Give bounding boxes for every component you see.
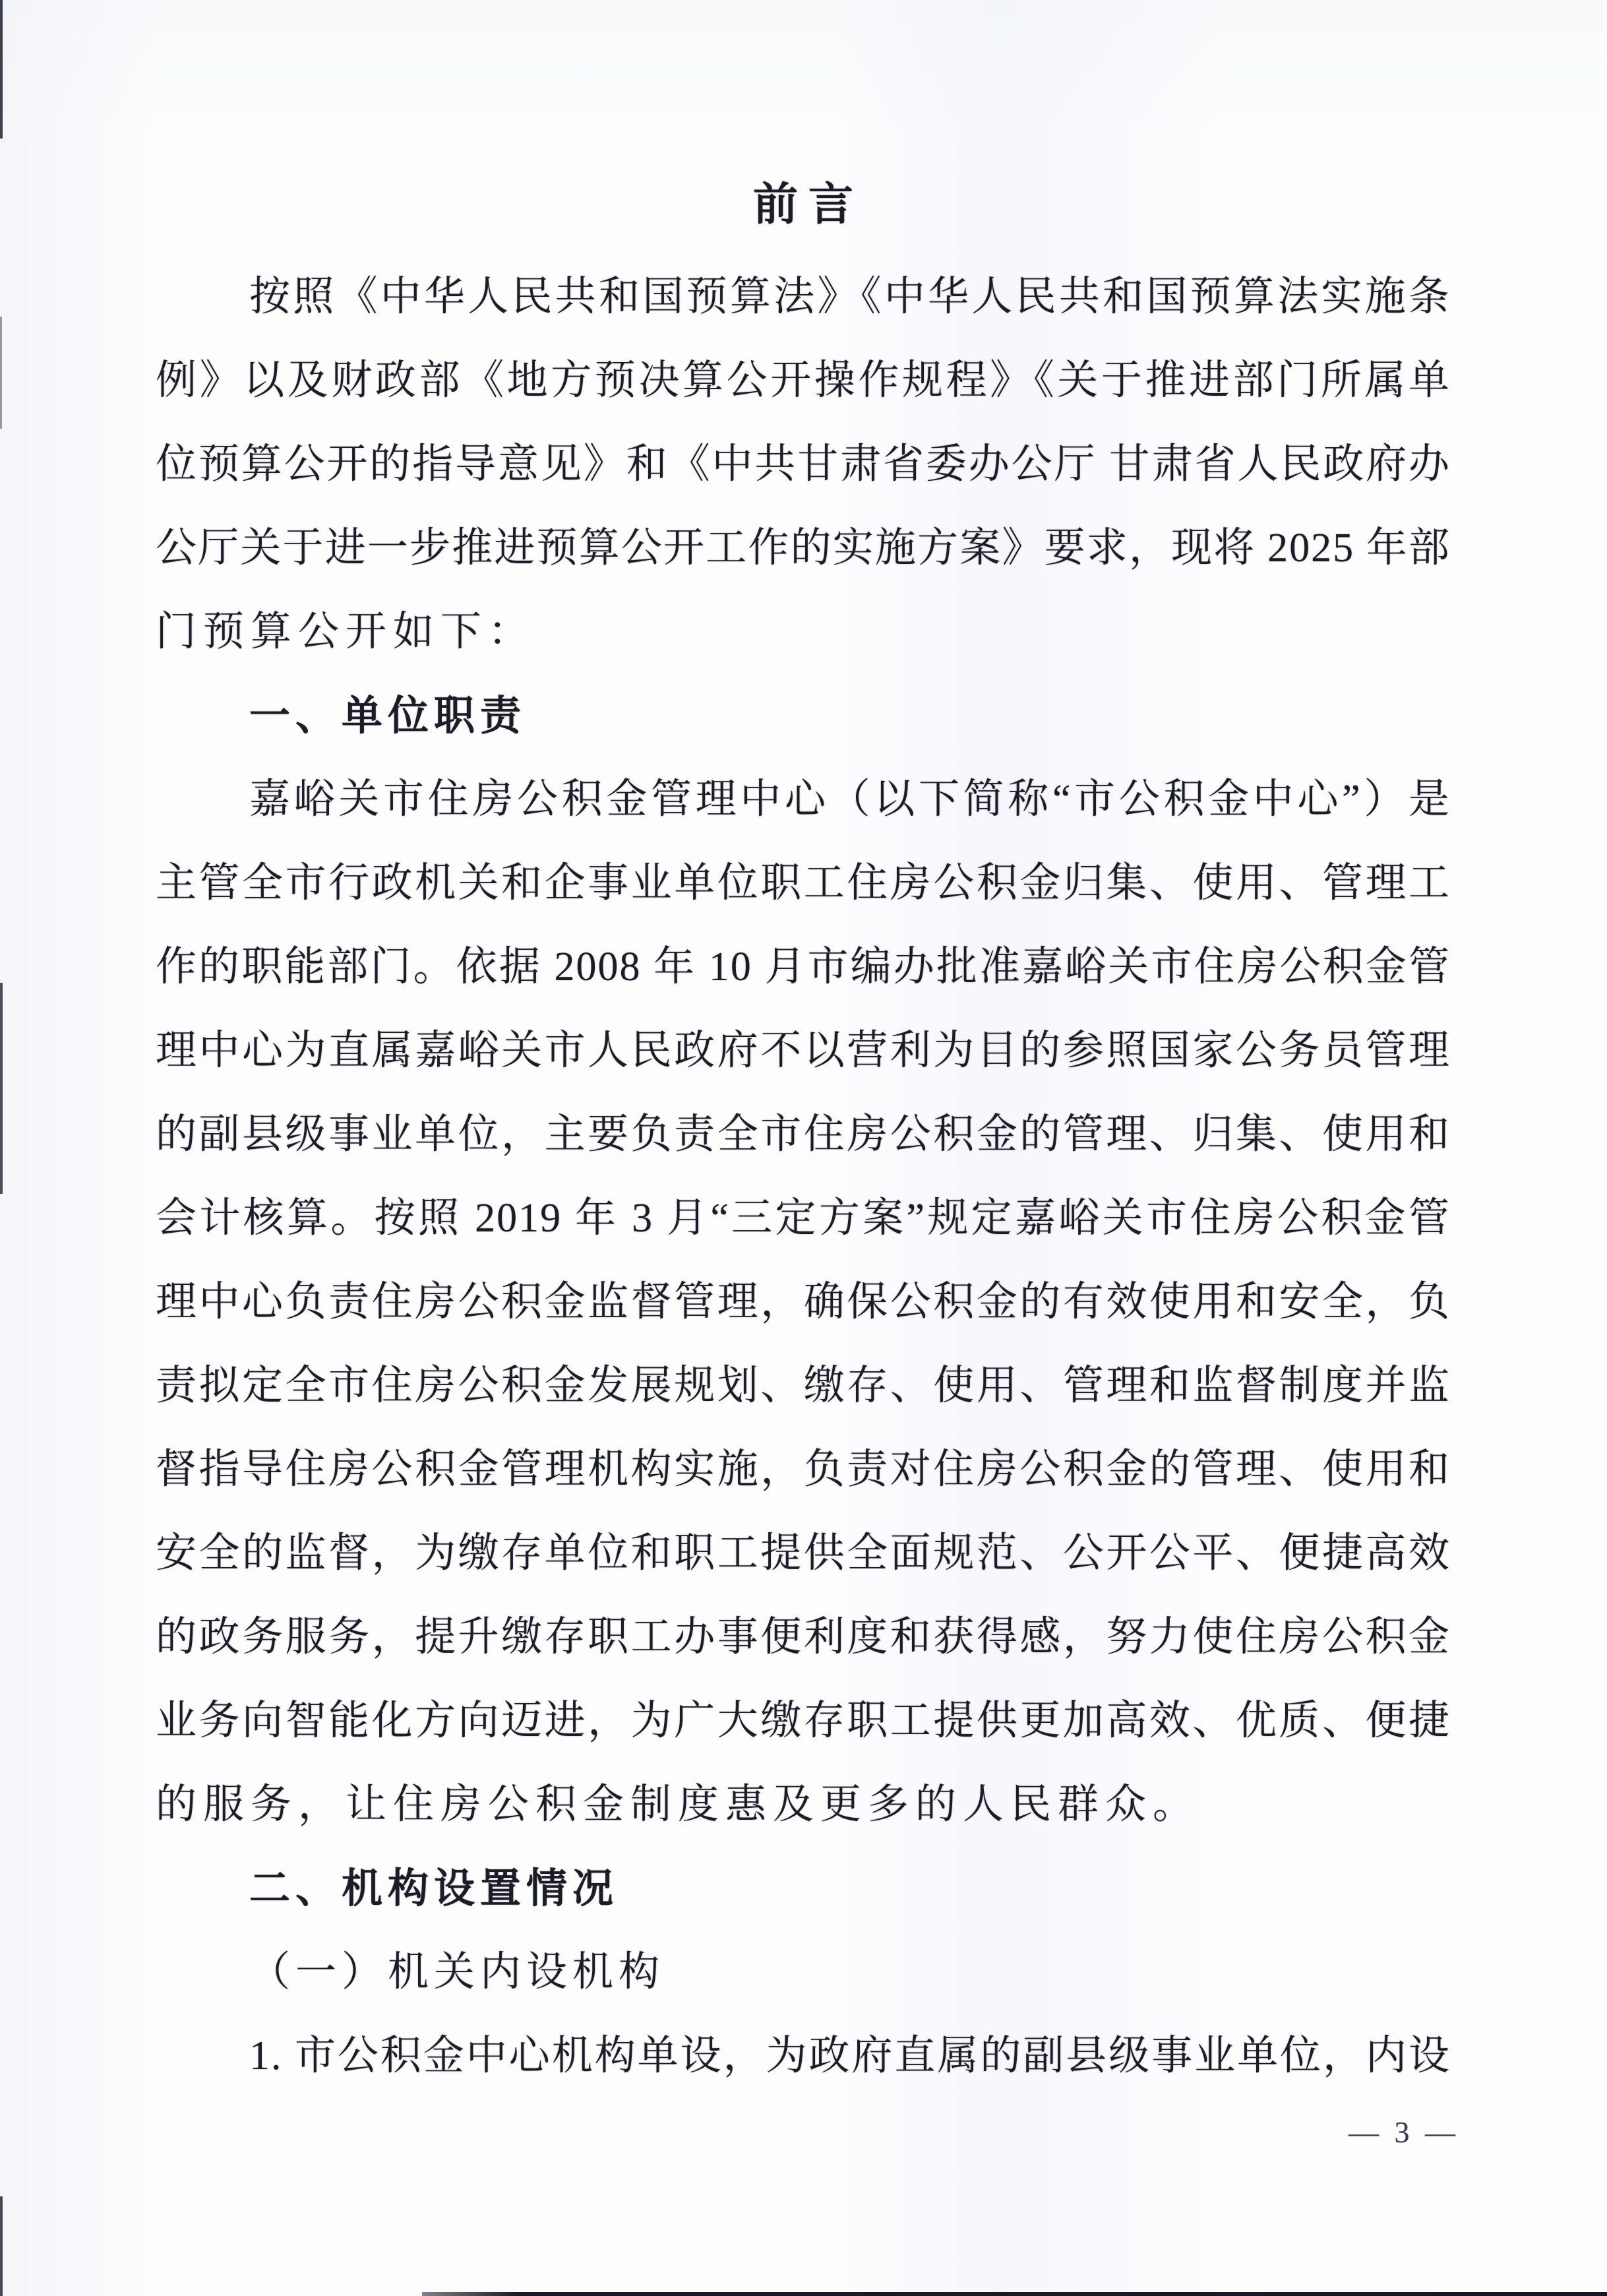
- scan-artifact-left-edge-bottom: [0, 2196, 3, 2296]
- text-line: 例》以及财政部《地方预决算公开操作规程》《关于推进部门所属单: [156, 339, 1451, 423]
- document-title: 前言: [156, 163, 1451, 247]
- text-line: 理中心负责住房公积金监督管理，确保公积金的有效使用和安全，负: [156, 1260, 1451, 1344]
- text-line: 督指导住房公积金管理机构实施，负责对住房公积金的管理、使用和: [156, 1428, 1451, 1512]
- text-line: 嘉峪关市住房公积金管理中心（以下简称“市公积金中心”）是: [156, 758, 1451, 842]
- scan-artifact-bottom-edge: [422, 2292, 1607, 2296]
- text-line: 公厅关于进一步推进预算公开工作的实施方案》要求，现将 2025 年部: [156, 507, 1451, 590]
- scan-artifact-left-edge-mid1: [0, 317, 2, 429]
- text-line: 的政务服务，提升缴存职工办事便利度和获得感，努力使住房公积金: [156, 1596, 1451, 1679]
- text-line: 位预算公开的指导意见》和《中共甘肃省委办公厅 甘肃省人民政府办: [156, 423, 1451, 507]
- text-line: 理中心为直属嘉峪关市人民政府不以营利为目的参照国家公务员管理: [156, 1009, 1451, 1093]
- text-line: 业务向智能化方向迈进，为广大缴存职工提供更加高效、优质、便捷: [156, 1679, 1451, 1763]
- text-line: 作的职能部门。依据 2008 年 10 月市编办批准嘉峪关市住房公积金管: [156, 925, 1451, 1009]
- page-number: — 3 —: [1349, 2109, 1459, 2156]
- text-line: 的服务，让住房公积金制度惠及更多的人民群众。: [156, 1763, 1451, 1847]
- section-heading: 二、机构设置情况: [156, 1847, 1451, 1931]
- document-body: 前言 按照《中华人民共和国预算法》《中华人民共和国预算法实施条例》以及财政部《地…: [156, 163, 1451, 2098]
- section-heading: 一、单位职责: [156, 674, 1451, 758]
- scanned-document-page: 前言 按照《中华人民共和国预算法》《中华人民共和国预算法实施条例》以及财政部《地…: [0, 0, 1607, 2296]
- sub-heading: （一）机关内设机构: [156, 1931, 1451, 2014]
- text-line: 安全的监督，为缴存单位和职工提供全面规范、公开公平、便捷高效: [156, 1512, 1451, 1596]
- text-line: 责拟定全市住房公积金发展规划、缴存、使用、管理和监督制度并监: [156, 1344, 1451, 1428]
- text-line: 主管全市行政机关和企事业单位职工住房公积金归集、使用、管理工: [156, 842, 1451, 925]
- text-line: 会计核算。按照 2019 年 3 月“三定方案”规定嘉峪关市住房公积金管: [156, 1177, 1451, 1260]
- text-line: 门预算公开如下：: [156, 590, 1451, 674]
- text-line: 按照《中华人民共和国预算法》《中华人民共和国预算法实施条: [156, 255, 1451, 339]
- scan-artifact-left-edge-mid2: [0, 983, 3, 1194]
- text-line: 的副县级事业单位，主要负责全市住房公积金的管理、归集、使用和: [156, 1093, 1451, 1177]
- text-line: 1. 市公积金中心机构单设，为政府直属的副县级事业单位，内设: [156, 2014, 1451, 2098]
- scan-artifact-left-edge-top: [0, 0, 3, 139]
